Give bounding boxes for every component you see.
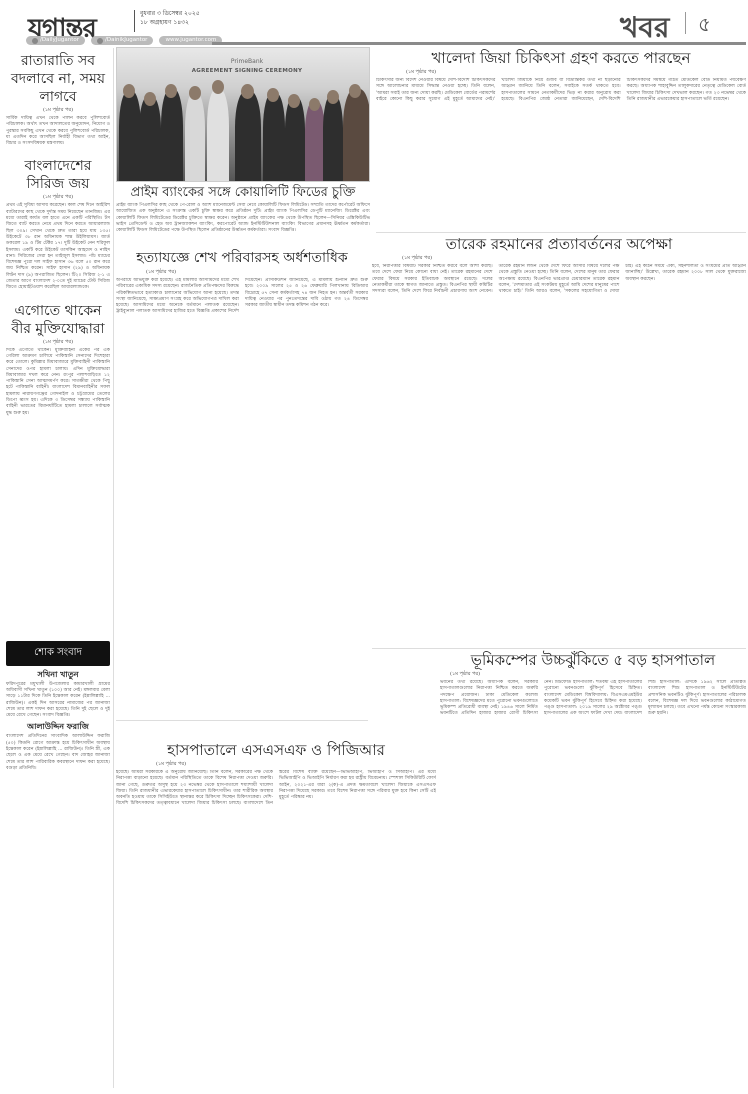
- obituary-body: ফরিদপুরের মধুখালী উপজেলার কামারখালী গ্রা…: [6, 682, 110, 720]
- person-figure: [139, 96, 161, 181]
- section-divider: [685, 12, 686, 34]
- continued-label: (১ম পৃষ্ঠার পর): [6, 339, 110, 347]
- left-column: রাতারাতি সব বদলাবে না, সময় লাগবে (১ম পৃ…: [6, 52, 110, 772]
- continued-label: (১ম পৃষ্ঠার পর): [116, 761, 436, 769]
- headline-earthquake: ভূমিকম্পের উচ্চঝুঁকিতে ৫ বড় হাসপাতাল: [440, 650, 746, 670]
- headline-prime-bank: প্রাইম ব্যাংকের সঙ্গে কোয়ালিটি ফিডের চু…: [116, 184, 370, 201]
- column-divider: [113, 48, 114, 1088]
- hospital-story: হাসপাতালে এসএসএফ ও পিজিআর (১ম পৃষ্ঠার পর…: [116, 740, 436, 1094]
- headline-series-win: বাংলাদেশের সিরিজ জয়: [6, 157, 110, 193]
- headline-ratarati: রাতারাতি সব বদলাবে না, সময় লাগবে: [6, 52, 110, 106]
- obituary-name: আলাউদ্দিন ফরাজি: [6, 721, 110, 734]
- person-head: [267, 88, 279, 102]
- person-head: [327, 90, 339, 104]
- continued-label: (১ম পৃষ্ঠার পর): [376, 69, 746, 77]
- person-figure: [119, 91, 141, 181]
- person-figure: [285, 97, 305, 181]
- social-label: /DailyJugantor: [40, 37, 79, 44]
- date-gregorian: বুধবার ৩ ডিসেম্বর ২০২৫: [140, 9, 200, 18]
- tarek-story: তারেক রহমানের প্রত্যাবর্তনের অপেক্ষা (১ম…: [372, 234, 746, 619]
- story-body-earthquake: ভবনের তথ্য রয়েছে। অধ্যাপক বলেন, সরকারি …: [440, 680, 746, 1090]
- date-bangla: ১৮ অগ্রহায়ণ ১৪৩২: [140, 18, 200, 27]
- continued-label: (১ম পৃষ্ঠার পর): [116, 269, 368, 277]
- person-figure: [185, 93, 205, 181]
- social-facebook-link[interactable]: /DainikJugantor: [91, 36, 153, 45]
- continued-label: (১ম পৃষ্ঠার পর): [440, 671, 746, 679]
- continued-label: (১ম পৃষ্ঠার পর): [372, 255, 746, 263]
- obituary-name: সখিনা খাতুন: [6, 669, 110, 682]
- person-figure: [263, 93, 285, 181]
- person-head: [288, 94, 300, 108]
- story-body-prime-bank: প্রাইম ব্যাংক পিএলসির কাছ থেকে পে-রোল ও …: [116, 203, 370, 234]
- person-head: [123, 84, 135, 98]
- person-figure: [207, 89, 229, 181]
- photo-banner: PrimeBank AGREEMENT SIGNING CEREMONY: [177, 58, 317, 86]
- facebook-icon: [97, 38, 103, 44]
- person-head: [241, 84, 254, 99]
- obituary-header: শোক সংবাদ: [6, 641, 110, 666]
- person-figure: [235, 91, 261, 181]
- story-body-ratarati: সার্বিক দায়িত্ব এখন থেকে পালন করবে পুলি…: [6, 116, 110, 147]
- person-head: [189, 86, 201, 100]
- person-head: [212, 80, 224, 94]
- logo-divider: [134, 10, 135, 32]
- continued-label: (১ম পৃষ্ঠার পর): [6, 107, 110, 115]
- person-head: [144, 92, 156, 106]
- earthquake-story: ভূমিকম্পের উচ্চঝুঁকিতে ৫ বড় হাসপাতাল (১…: [440, 650, 746, 1090]
- story-divider: [116, 720, 368, 721]
- story-divider: [376, 232, 746, 233]
- masthead: যুগান্তর বুধবার ৩ ডিসেম্বর ২০২৫ ১৮ অগ্রহ…: [0, 0, 748, 50]
- hatya-story: হত্যাযজ্ঞে শেখ পরিবারসহ অর্ধশতাধিক (১ম প…: [116, 248, 368, 748]
- dateline: বুধবার ৩ ডিসেম্বর ২০২৫ ১৮ অগ্রহায়ণ ১৪৩২: [140, 9, 200, 27]
- newspaper-logo: যুগান্তর: [28, 8, 96, 52]
- agreement-photo: PrimeBank AGREEMENT SIGNING CEREMONY: [116, 47, 370, 182]
- photo-story: প্রাইম ব্যাংকের সঙ্গে কোয়ালিটি ফিডের চু…: [116, 184, 370, 234]
- story-body-series-win: প্রথম এই সুবিধা আদায় করেছেন। কাল শেষ দি…: [6, 203, 110, 291]
- headline-khaleda: খালেদা জিয়া চিকিৎসা গ্রহণ করতে পারছেন: [376, 48, 746, 68]
- person-figure: [161, 89, 183, 181]
- person-figure: [305, 101, 325, 181]
- x-icon: [32, 38, 38, 44]
- social-label: www.jugantor.com: [165, 37, 216, 44]
- story-body-muktijoddha: দিকে এগোতে থাকেন। মুক্তিবাহিনী একের পর এ…: [6, 348, 110, 638]
- khaleda-story: খালেদা জিয়া চিকিৎসা গ্রহণ করতে পারছেন (…: [376, 48, 746, 238]
- story-divider: [372, 648, 746, 649]
- headline-tarek: তারেক রহমানের প্রত্যাবর্তনের অপেক্ষা: [372, 234, 746, 254]
- story-body-tarek: হবে, নিরাপত্তার বিষয়টি সরকার নিশ্চিত কর…: [372, 264, 746, 619]
- person-head: [349, 84, 361, 98]
- social-x-link[interactable]: /DailyJugantor: [26, 36, 85, 45]
- obituary-body: বাংলাদেশ প্রতিদিনের সাংবাদিক আলাউদ্দিন ফ…: [6, 734, 110, 772]
- headline-hospital: হাসপাতালে এসএসএফ ও পিজিআর: [116, 740, 436, 760]
- story-body-hospital: হয়েছে। আমরা সরকারকে এ অনুরোধ জানিয়েছি।…: [116, 770, 436, 1094]
- person-figure: [343, 89, 370, 181]
- headline-muktijoddha: এগোতে থাকেন বীর মুক্তিযোদ্ধারা: [6, 302, 110, 338]
- person-head: [309, 98, 320, 111]
- person-head: [165, 84, 177, 98]
- social-links: /DailyJugantor /DainikJugantor www.jugan…: [26, 36, 222, 45]
- story-body-hatya: অপরাধে অভিযুক্ত করা হয়েছে। এই মামলার আস…: [116, 278, 368, 748]
- photo-banner-text: AGREEMENT SIGNING CEREMONY: [177, 68, 317, 74]
- page-number: ৫: [698, 10, 711, 43]
- section-title: খবর: [620, 6, 669, 53]
- social-label: /DainikJugantor: [105, 37, 147, 44]
- headline-hatya: হত্যাযজ্ঞে শেখ পরিবারসহ অর্ধশতাধিক: [116, 248, 368, 268]
- continued-label: (১ম পৃষ্ঠার পর): [6, 194, 110, 202]
- photo-brand: PrimeBank: [177, 58, 317, 65]
- person-figure: [323, 95, 343, 181]
- story-body-khaleda: চিকিৎসার জন্য বিদেশ নেওয়ার বিষয়ে দেশি-…: [376, 78, 746, 238]
